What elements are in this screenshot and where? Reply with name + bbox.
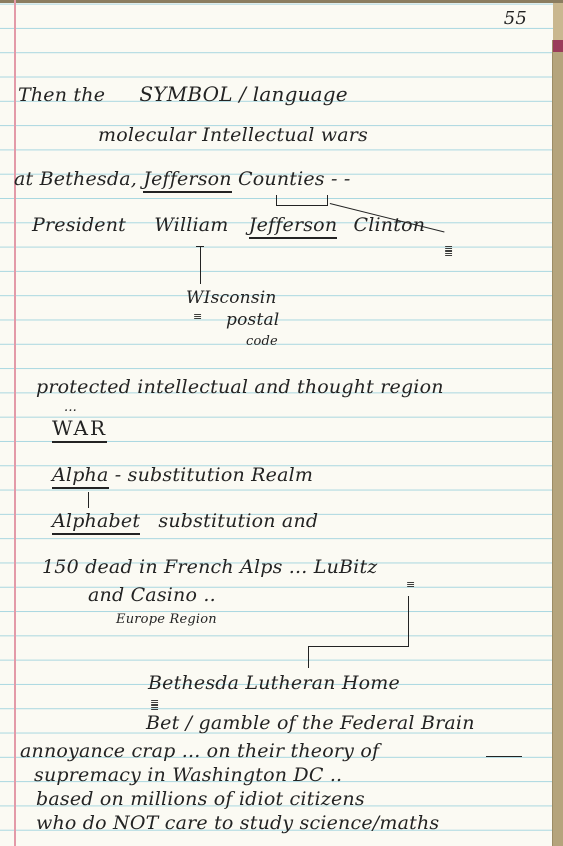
lubitz-connector-down-arrow <box>308 646 309 668</box>
note-text-symbol-language: SYMBOL / language <box>139 82 347 106</box>
note-line-9: 150 dead in French Alps ... LuBitz <box>42 556 378 578</box>
note-line-16: based on millions of idiot citizens <box>36 788 365 810</box>
note-text: Counties - - <box>238 168 350 190</box>
note-text: Then the <box>18 84 105 106</box>
note-line-14: annoyance crap ... on their theory of <box>20 740 379 762</box>
underlined-jefferson: Jefferson <box>249 214 337 239</box>
note-line-17: who do NOT care to study science/maths <box>36 812 439 834</box>
william-to-wisconsin-connector <box>200 246 201 284</box>
binding-tab <box>553 40 563 52</box>
note-text: substitution and <box>158 510 318 532</box>
underlined-alpha: Alpha <box>52 464 109 489</box>
note-line-10: and Casino .. <box>88 584 216 606</box>
note-text: - substitution Realm <box>115 464 313 486</box>
annotation-postal: postal <box>226 310 279 330</box>
note-line-5: protected intellectual and thought regio… <box>36 376 444 398</box>
note-text: President <box>32 214 126 236</box>
note-war-heading: WAR <box>52 416 107 440</box>
note-text-clinton: Clinton <box>354 214 426 236</box>
note-line-8: Alphabet substitution and <box>52 510 318 532</box>
note-line-4: President William Jefferson Clinton <box>32 214 425 236</box>
page-number: 55 <box>504 8 527 29</box>
note-line-1: Then the SYMBOL / language <box>18 82 348 106</box>
lubitz-connector-upper <box>308 596 409 647</box>
annotation-wisconsin: WIsconsin <box>186 288 277 308</box>
emphasis-squiggle: ≡ <box>193 314 202 319</box>
note-line-11: Europe Region <box>116 612 217 627</box>
trailing-dash <box>486 756 522 757</box>
emphasis-squiggle: ≡ <box>406 582 415 587</box>
note-line-13: Bet / gamble of the Federal Brain <box>146 712 475 734</box>
alpha-to-alphabet-arrow <box>88 492 89 508</box>
scan-top-edge <box>0 0 563 3</box>
note-line-12: Bethesda Lutheran Home <box>148 672 400 694</box>
underlined-jefferson: Jefferson <box>143 168 231 193</box>
underlined-alphabet: Alphabet <box>52 510 140 535</box>
note-line-2: molecular Intellectual wars <box>98 124 368 146</box>
notebook-binding-edge <box>552 40 563 846</box>
note-text-william: William <box>154 214 228 236</box>
connector-tick <box>196 246 204 247</box>
emphasis-squiggle: ≡≡ <box>150 700 159 710</box>
margin-line <box>14 0 16 846</box>
underlined-war: WAR <box>52 416 107 443</box>
note-line-3: at Bethesda, Jefferson Counties - - <box>14 168 350 190</box>
note-dots: ... <box>64 400 77 415</box>
emphasis-squiggle: ≡≡ <box>444 246 453 256</box>
note-line-7: Alpha - substitution Realm <box>52 464 313 486</box>
annotation-code: code <box>246 334 278 349</box>
note-line-15: supremacy in Washington DC .. <box>34 764 342 786</box>
jefferson-link-connector <box>276 195 328 206</box>
note-text: at Bethesda, <box>14 168 137 190</box>
